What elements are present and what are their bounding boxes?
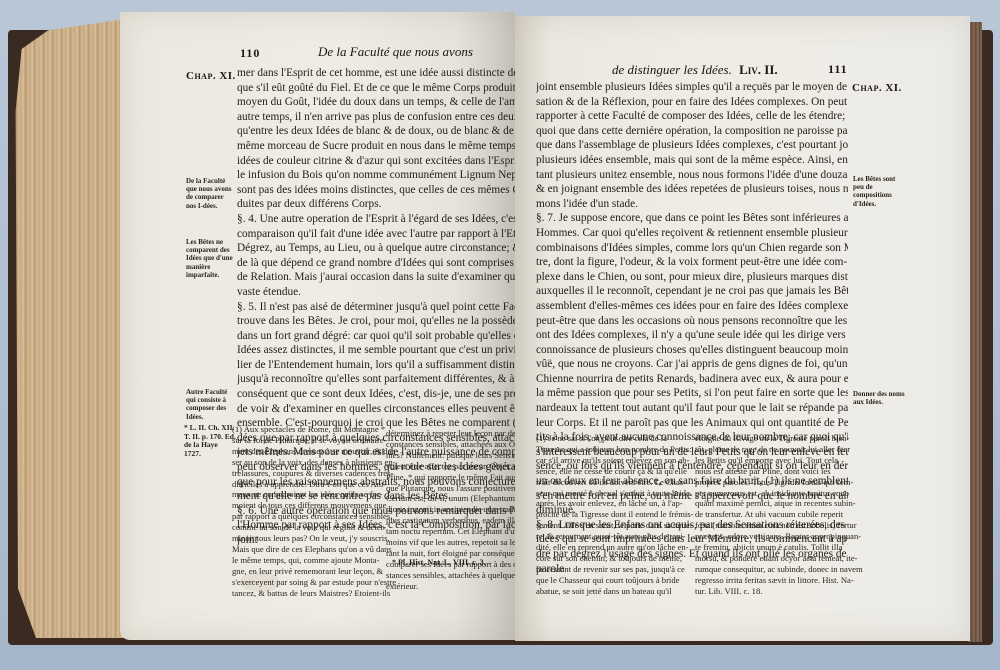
footnote-line: éloigne du Rivage où la Tigresse paroît … <box>695 433 855 444</box>
footnote-line: moient de tous ces differens mouvemens q… <box>232 500 378 511</box>
footnote-line: re; & retournant aussi-tôt avec plus de … <box>536 531 696 542</box>
footnote-line: nous est attesté par Pline, dont voici l… <box>695 466 855 477</box>
text-line: tant plusieurs unitez ensemble, nous nou… <box>536 168 848 183</box>
text-line: assemblent d'elles-mêmes ces idées pour … <box>536 299 848 314</box>
text-line: Hommes. Car quoi qu'elles reçoivent & re… <box>536 226 848 241</box>
footnote-line: minoit tous leurs pas? On le veut, j'y s… <box>232 533 378 544</box>
footnote-line: regresso irrita feritas sævit in littore… <box>695 575 855 586</box>
text-line: §. 7. Je suppose encore, que dans ce poi… <box>536 211 848 226</box>
footnote-line: de transfertur. At ubi vacuum cubile rep… <box>695 509 855 520</box>
footnote-line: les Petits qu'il emporte avec lui. Tout … <box>695 455 855 466</box>
footnote-line: n'aît découvert où ils doivent être. Le … <box>536 477 696 488</box>
text-line: que dans l'assemblage de plusieurs Idées… <box>536 138 848 153</box>
text-line: autre temps, il n'en arrive pas plus de … <box>237 110 520 125</box>
text-line: jusqu'à reconnoître qu'elles sont parfai… <box>237 372 520 387</box>
text-line: de là que dépend ce grand nombre d'Idées… <box>237 256 520 271</box>
text-line: de voir & d'examiner en quelles circonst… <box>237 402 520 417</box>
footnote-line: tancez, & battus de leurs Maistres? Etoi… <box>232 588 378 599</box>
footnote-line: trelassures, coupures & diverses cadence… <box>232 468 378 479</box>
text-line: tre, dont la figure, l'odeur, & la voix … <box>536 255 848 270</box>
footnote-line: Tigresse qui a toûjours bon nombre de Pe… <box>536 444 696 455</box>
text-line: §. 4. Une autre operation de l'Esprit à … <box>237 212 520 227</box>
footnote-line: præceps, odore vestigans. Raptor appropi… <box>695 531 855 542</box>
text-line: la même passion que pour ses Petits, si … <box>536 386 848 401</box>
left-margin-note-2: Les Bêtes ne comparent des Idées que d'u… <box>186 238 234 279</box>
right-margin-note-1: Les Bêtes sont peu de compositions d'Idé… <box>853 175 908 208</box>
footnote-line: mes? Nullement: puisque leurs Sens ne po… <box>386 450 520 461</box>
text-line: mer dans l'Esprit de cet homme, est une … <box>237 66 520 81</box>
text-line: vûë, que nous ne croyons. Car j'ai appri… <box>536 357 848 372</box>
footnote-line: Certum est, dit-il, unum (Elephantum) ta… <box>386 493 520 504</box>
text-line: connoissance de plusieurs choses qu'elle… <box>536 343 848 358</box>
footnote-line: dité, elle en reprend un autre qu'on lâc… <box>536 542 696 553</box>
text-line: lier de l'Entendement humain, lors qu'il… <box>237 358 520 373</box>
left-margin-note-3: Autre Faculté qui consiste à composer de… <box>186 388 236 421</box>
text-line: combinaisons d'Idées simples, comme lors… <box>536 241 848 256</box>
right-chapter-label: Chap. XI. <box>852 82 902 94</box>
page-edges-right <box>968 22 982 642</box>
footnote-line: stances sensibles, attachées à quelque O… <box>386 570 520 581</box>
left-footnote-reference: * L. II. Ch. XII. T. II. p. 170. Ed. de … <box>184 424 236 458</box>
footnote-line: per numerosus est, ab insidiante rapitur… <box>695 488 855 499</box>
footnote-line: s'exerceyent par soing & par estude pour… <box>232 577 378 588</box>
left-margin-note-1: De la Faculté que nous avons de comparer… <box>186 177 234 210</box>
footnote-line: constances sensibles, attachées aux Obje… <box>386 439 520 450</box>
footnote-line: (1) Je ne sai si l'on peut dire cela de … <box>536 433 696 444</box>
footnote-line: fœta (maribus enim cura non est sobolis)… <box>695 520 855 531</box>
footnote-line: Pline, * qui rapporte le même Fait aussi… <box>386 472 520 483</box>
left-footnote-column-1: (1) Aux spectacles de Rome, dit Montagne… <box>232 424 378 599</box>
text-line: Chienne nourrira de petits Renards, badi… <box>536 372 848 387</box>
footnote-line: abatue, se soit jetté dans un bateau qu'… <box>536 586 696 597</box>
footnote-line: te fremitu, abjicit unum è catulis. Toll… <box>695 542 855 553</box>
footnote-line: gne, en leur privé rememorant leur leçon… <box>232 566 378 577</box>
text-line: vaste étendue. <box>237 285 520 300</box>
text-line: conséquent que ce sont deux Idées, c'est… <box>237 387 520 402</box>
footnote-line: sur la foi de Plutarque, il se voyoit or… <box>232 435 378 446</box>
footnote-line: Mais que dire de ces Elephans qu'on a vû… <box>232 544 378 555</box>
footnote-line: que le Chasseur qui court toûjours à bri… <box>536 575 696 586</box>
text-line: que s'il eût goûté du Fiel. Et de ce que… <box>237 81 520 96</box>
text-line: plusieurs idées ensemble, mais qui sont … <box>536 153 848 168</box>
text-line: duites par deux différens Corps. <box>237 197 520 212</box>
text-line: Dégrez, au Temps, au Lieu, ou à quelque … <box>237 241 520 256</box>
text-line: qu'entre les deux Idées de blanc & de do… <box>237 124 520 139</box>
footnote-line: moins vif que les autres, repetoit sa le… <box>386 537 520 548</box>
text-line: §. 5. Il n'est pas aisé de déterminer ju… <box>237 300 520 315</box>
footnote-line: pius castigatum verberibus, eadem illa m… <box>386 515 520 526</box>
text-line: mons l'idée d'un stade. <box>536 197 848 212</box>
footnote-line: propres paroles: Totus Tigridis fœtus qu… <box>695 477 855 488</box>
footnote-line: (1) Aux spectacles de Rome, dit Montagne… <box>232 424 378 435</box>
right-running-head-title: de distinguer les Idées. <box>612 62 732 77</box>
footnote-line: ment des Elephans dressez à se mouvoir, … <box>232 446 378 457</box>
right-running-head-book: Liv. II. <box>739 62 778 77</box>
left-running-head: De la Faculté que nous avons <box>318 44 473 60</box>
footnote-line: quàm maximè pernici, atque in recentes s… <box>695 498 855 509</box>
text-line: nardeaux la tettent tout autant qu'il fa… <box>536 401 848 416</box>
footnote-line: le même temps, qui, comme ajoute Monta- <box>232 555 378 566</box>
footnote-line: tur. Lib. VIII. c. 18. <box>695 586 855 597</box>
text-line: ont des Idées complexes, il n'y a qu'une… <box>536 328 848 343</box>
text-line: même morceau de Sucre produit en nous da… <box>237 139 520 154</box>
right-footnote-column-2: éloigne du Rivage où la Tigresse paroît … <box>695 433 855 597</box>
text-line: Idées assez distinctes, il me semble pou… <box>237 343 520 358</box>
text-line: leur Corps. Et il ne paroît pas que les … <box>536 416 848 431</box>
footnote-line: ser au son de la voix, des danses à plus… <box>232 457 378 468</box>
text-line: & en joignant ensemble des idées repetée… <box>536 182 848 197</box>
text-line: peut-être que dans les occasions où nous… <box>536 314 848 329</box>
text-line: comparaison qu'il fait d'une idée avec l… <box>237 227 520 242</box>
footnote-line: ne cessant de revenir sur ses pas, jusqu… <box>536 564 696 575</box>
footnote-line: difficiles à apprendre. Dira-t-on que ce… <box>232 479 378 490</box>
footnote-line: déterminez à repeter leur leçon par des … <box>386 428 520 439</box>
text-line: de Relation. Mais j'aurai occasion dans … <box>237 270 520 285</box>
footnote-line: tôt, pleine de rage de ne pouvoir lui al… <box>695 444 855 455</box>
footnote-line: extérieur. <box>386 581 520 592</box>
footnote-line: proche de la Tigresse dont il entend le … <box>536 509 696 520</box>
text-line: sont pas des idées moins distinctes, que… <box>237 183 520 198</box>
footnote-line: rumque consequitur, ac subinde, donec in… <box>695 564 855 575</box>
text-line: auxquelles il le reconnoît, cependant je… <box>536 284 848 299</box>
footnote-line: core sur son chemin; & toûjours de même, <box>536 553 696 564</box>
text-line: quoi que dans cette derniére opération, … <box>536 124 848 139</box>
footnote-line: morsu, & pondere etiam ocyor acta remeat… <box>695 553 855 564</box>
footnote-line: car s'il arrive qu'ils soient enlevez en… <box>536 455 696 466</box>
footnote-line: sement. Elle s'en saisit, le porte dans … <box>536 520 696 531</box>
footnote-line: après les avoir enlevez, en lâche un, à … <box>536 498 696 509</box>
footnote-line: maux ne comparoient les idées qu'ils se … <box>232 489 378 500</box>
right-running-head: de distinguer les Idées. Liv. II. <box>612 62 778 78</box>
left-footnote-col2-ref: * Pl. Hist. Nat. L. VIII. c. 3. <box>392 558 486 569</box>
text-line: dans un fort grand dégré: car quoi qu'il… <box>237 329 520 344</box>
page-edges-left <box>12 18 132 638</box>
footnote-line: voient être affectez par aucun Objet, co… <box>386 461 520 472</box>
text-line: moyen du Goût, l'idée du doux dans un te… <box>237 95 520 110</box>
text-line: plexe dans le Chien, ou sont, pour mieux… <box>536 270 848 285</box>
right-page-number: 111 <box>828 62 848 77</box>
text-line: rapporter à cette Faculté de composer de… <box>536 109 848 124</box>
footnote-line: dioris ingenii in accipiendis quæ tradeb… <box>386 504 520 515</box>
left-page-number: 110 <box>240 46 260 61</box>
right-margin-note-2: Donner des noms aux Idées. <box>853 390 908 406</box>
footnote-line: comme au son de la voix qui régloit & dé… <box>232 522 378 533</box>
footnote-line: par rapport à quelques circonstances sen… <box>232 511 378 522</box>
text-line: sation & de la Réflexion, pour en faire … <box>536 95 848 110</box>
text-line: trouve dans les Bêtes. Je croi, pour moi… <box>237 314 520 329</box>
footnote-line: que Plutarque, nous l'assure positivemen… <box>386 483 520 494</box>
footnote-line: tam noctu repertum. Cet Elephant d'un Es… <box>386 526 520 537</box>
text-line: joint ensemble plusieurs Idées simples q… <box>536 80 848 95</box>
footnote-line: sence, elle ne cesse de courir çà & là q… <box>536 466 696 477</box>
text-line: idées de couleur citrine & d'azur qui so… <box>237 154 520 169</box>
text-line: le infusion du Bois qu'on nomme communém… <box>237 168 520 183</box>
footnote-line: seur qui monté à cheval s'enfuit à toute… <box>536 488 696 499</box>
right-footnote-column-1: (1) Je ne sai si l'on peut dire cela de … <box>536 433 696 597</box>
left-chapter-label: Chap. XI. <box>186 70 236 82</box>
